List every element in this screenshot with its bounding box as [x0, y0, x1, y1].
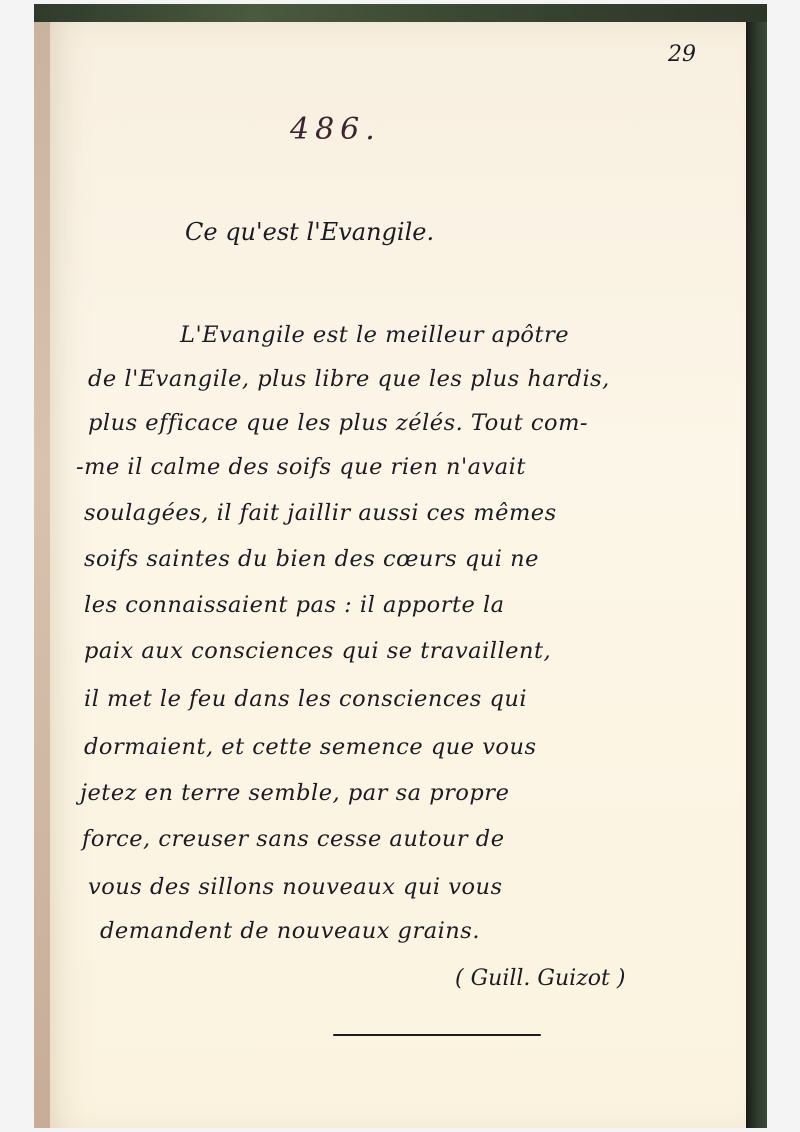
entry-title: Ce qu'est l'Evangile. — [185, 218, 434, 246]
body-line: plus efficace que les plus zélés. Tout c… — [88, 410, 588, 436]
body-line: jetez en terre semble, par sa propre — [80, 780, 509, 806]
body-line: il met le feu dans les consciences qui — [84, 686, 527, 712]
closing-rule — [333, 1034, 541, 1036]
body-line: de l'Evangile, plus libre que les plus h… — [88, 366, 610, 392]
attribution: ( Guill. Guizot ) — [455, 966, 625, 991]
body-line: soulagées, il fait jaillir aussi ces mêm… — [84, 500, 557, 526]
body-line: -me il calme des soifs que rien n'avait — [76, 454, 526, 480]
body-line: vous des sillons nouveaux qui vous — [88, 874, 503, 900]
manuscript-page — [50, 22, 746, 1128]
entry-number: 486. — [290, 112, 381, 147]
body-line: dormaient, et cette semence que vous — [84, 734, 537, 760]
body-line: force, creuser sans cesse autour de — [82, 826, 505, 852]
body-line: L'Evangile est le meilleur apôtre — [180, 322, 569, 348]
body-line: les connaissaient pas : il apporte la — [84, 592, 505, 618]
page-number: 29 — [668, 42, 696, 67]
body-line: soifs saintes du bien des cœurs qui ne — [84, 546, 539, 572]
book-cover-edge — [746, 22, 767, 1128]
body-line: paix aux consciences qui se travaillent, — [84, 638, 551, 664]
body-line: demandent de nouveaux grains. — [100, 918, 480, 944]
